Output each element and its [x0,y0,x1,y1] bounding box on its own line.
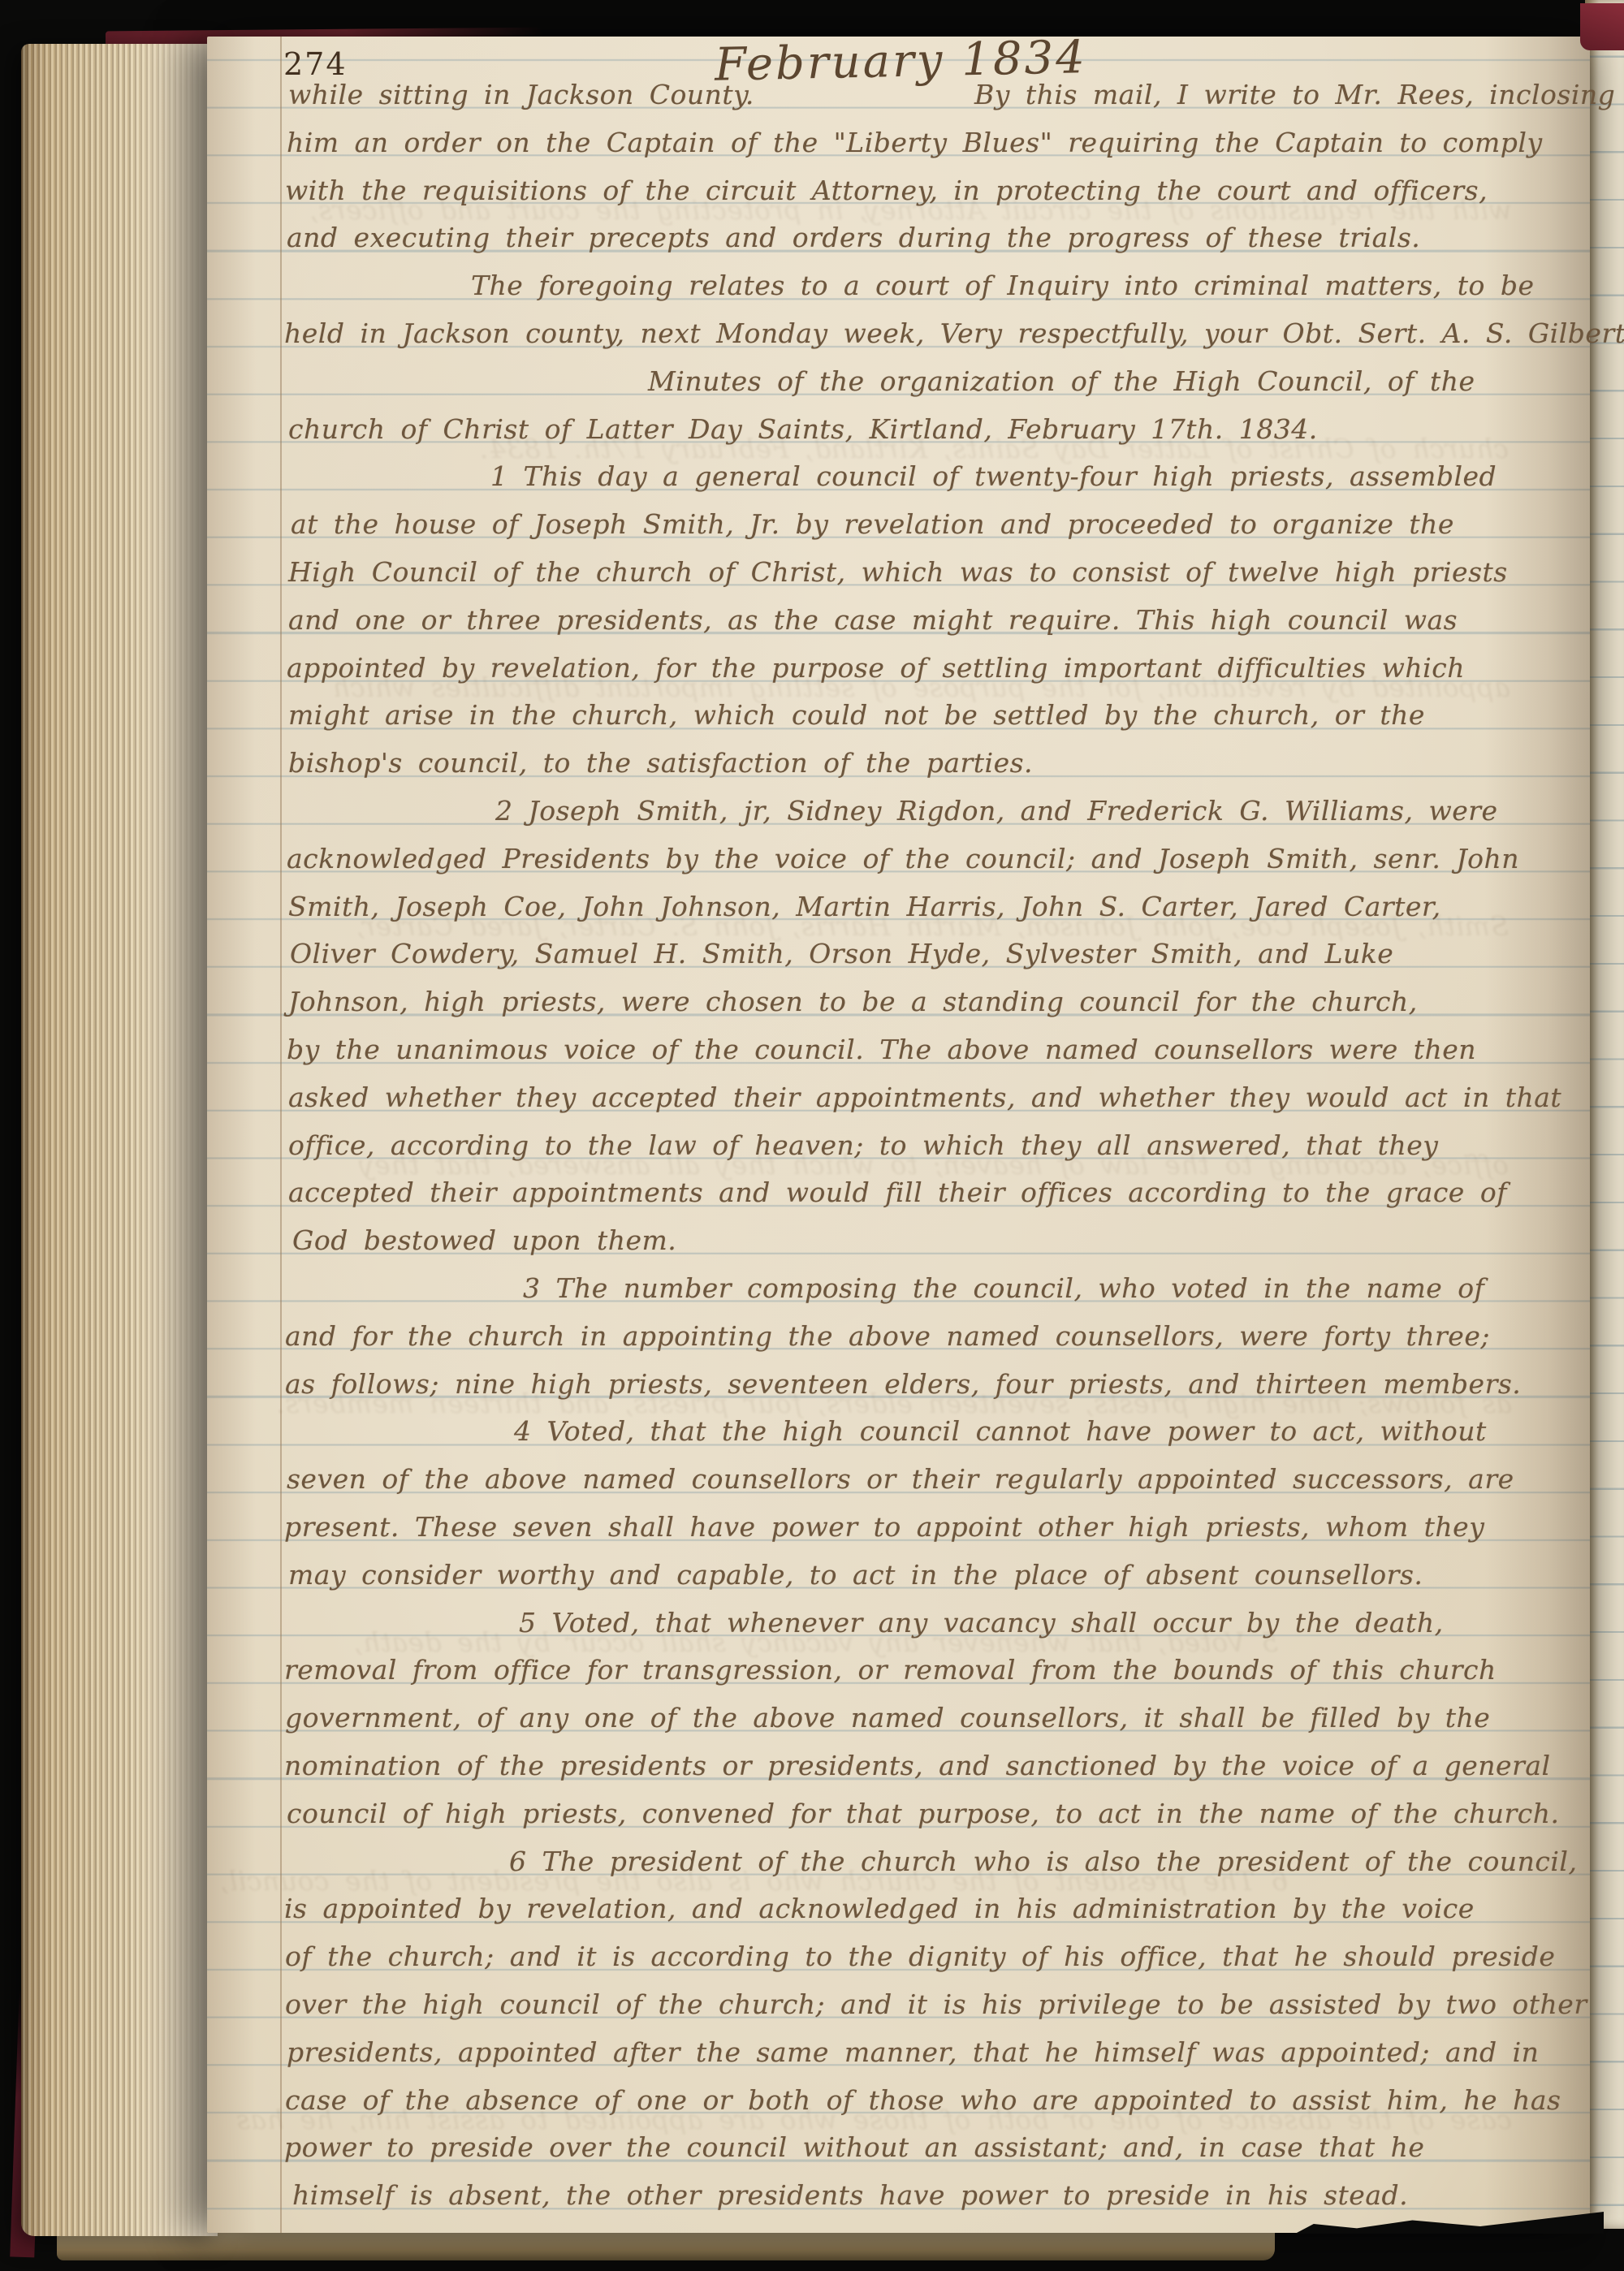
handwritten-line: power to preside over the council withou… [207,2131,1590,2169]
handwritten-text: government, of any one of the above name… [285,1702,1490,1733]
handwritten-text: High Council of the church of Christ, wh… [288,556,1508,588]
handwritten-line: God bestowed upon them. [207,1224,1590,1262]
handwritten-text: Minutes of the organization of the High … [648,365,1475,397]
handwritten-line: 3 The number composing the council, who … [207,1272,1590,1310]
handwritten-line: may consider worthy and capable, to act … [207,1559,1590,1596]
handwritten-text: 4 Voted, that the high council cannot ha… [514,1415,1487,1447]
handwritten-text: Johnson, high priests, were chosen to be… [288,986,1418,1017]
handwritten-line: 1 This day a general council of twenty-f… [207,460,1590,498]
handwritten-line: him an order on the Captain of the "Libe… [207,127,1590,164]
handwritten-line: is appointed by revelation, and acknowle… [207,1893,1590,1930]
handwritten-text: asked whether they accepted their appoin… [288,1082,1561,1113]
handwritten-text: 3 The number composing the council, who … [523,1272,1484,1304]
handwritten-text: himself is absent, the other presidents … [292,2179,1408,2211]
page-edges-stack [21,44,218,2236]
book-photo: 274 February 1834 while sitting in Jacks… [0,0,1624,2271]
bleed-through-text: with the requisitions of the circuit Att… [309,194,1512,226]
handwritten-text: of the church; and it is according to th… [285,1941,1555,1972]
handwritten-line: Minutes of the organization of the High … [207,365,1590,403]
handwriting-block: while sitting in Jackson County.By this … [207,37,1590,2233]
handwritten-text: bishop's council, to the satisfaction of… [288,747,1033,779]
handwritten-text: The foregoing relates to a court of Inqu… [471,270,1534,301]
handwritten-line: bishop's council, to the satisfaction of… [207,747,1590,784]
handwritten-line: 4 Voted, that the high council cannot ha… [207,1415,1590,1453]
handwritten-text: while sitting in Jackson County. [288,79,754,110]
manuscript-page: 274 February 1834 while sitting in Jacks… [207,37,1590,2233]
handwritten-line: present. These seven shall have power to… [207,1511,1590,1548]
handwritten-line: Johnson, high priests, were chosen to be… [207,986,1590,1023]
handwritten-text: may consider worthy and capable, to act … [288,1559,1423,1591]
handwritten-text: and for the church in appointing the abo… [285,1320,1490,1352]
handwritten-line: seven of the above named counsellors or … [207,1463,1590,1500]
handwritten-line: and one or three presidents, as the case… [207,604,1590,641]
handwritten-text: over the high council of the church; and… [285,1988,1587,2020]
handwritten-text: Oliver Cowdery, Samuel H. Smith, Orson H… [290,938,1393,969]
handwritten-line: asked whether they accepted their appoin… [207,1082,1590,1119]
bleed-through-text: church of Christ of Latter Day Saints, K… [479,433,1509,464]
handwritten-line: at the house of Joseph Smith, Jr. by rev… [207,508,1590,546]
bleed-through-text: 6 The president of the church who is als… [220,1865,1288,1897]
handwritten-text: 1 This day a general council of twenty-f… [490,460,1497,492]
handwritten-line: over the high council of the church; and… [207,1988,1590,2026]
handwritten-text: By this mail, I write to Mr. Rees, inclo… [974,79,1615,110]
handwritten-text: by the unanimous voice of the council. T… [287,1034,1476,1065]
handwritten-line: nomination of the presidents or presiden… [207,1750,1590,1787]
bleed-through-text: 5 Voted, that whenever any vacancy shall… [353,1626,1278,1658]
handwritten-text: removal from office for transgression, o… [284,1654,1497,1686]
handwritten-line: council of high priests, convened for th… [207,1798,1590,1835]
handwritten-line: held in Jackson county, next Monday week… [207,317,1590,355]
handwritten-text: God bestowed upon them. [292,1224,676,1256]
handwritten-line: himself is absent, the other presidents … [207,2179,1590,2217]
handwritten-text: presidents, appointed after the same man… [287,2036,1539,2068]
handwritten-line: might arise in the church, which could n… [207,699,1590,736]
handwritten-line: and executing their precepts and orders … [207,222,1590,259]
handwritten-text: 2 Joseph Smith, jr, Sidney Rigdon, and F… [495,795,1498,827]
handwritten-line: presidents, appointed after the same man… [207,2036,1590,2074]
handwritten-line: of the church; and it is according to th… [207,1941,1590,1978]
handwritten-text: might arise in the church, which could n… [288,699,1425,731]
handwritten-line: The foregoing relates to a court of Inqu… [207,270,1590,307]
handwritten-text: council of high priests, convened for th… [287,1798,1560,1829]
handwritten-line: by the unanimous voice of the council. T… [207,1034,1590,1071]
handwritten-line: removal from office for transgression, o… [207,1654,1590,1691]
bleed-through-text: case of the absence of one or both of th… [236,2104,1512,2135]
handwritten-text: present. These seven shall have power to… [284,1511,1484,1543]
handwritten-text: is appointed by revelation, and acknowle… [284,1893,1475,1924]
handwritten-line: acknowledged Presidents by the voice of … [207,843,1590,880]
handwritten-line: and for the church in appointing the abo… [207,1320,1590,1358]
handwritten-text: nomination of the presidents or presiden… [284,1750,1551,1781]
bleed-through-text: as follows; nine high priests, seventeen… [276,1388,1512,1419]
handwritten-text: and one or three presidents, as the case… [288,604,1458,636]
book-cover-corner [1580,3,1624,50]
handwritten-text: at the house of Joseph Smith, Jr. by rev… [291,508,1454,540]
bleed-through-text: Smith, Joseph Coe, John Johnson, Martin … [356,910,1509,942]
bleed-through-text: appointed by revelation, for the purpose… [332,671,1510,703]
bleed-through-text: office, according to the law of heaven; … [359,1149,1509,1181]
handwritten-text: acknowledged Presidents by the voice of … [287,843,1519,874]
handwritten-line: accepted their appointments and would fi… [207,1177,1590,1214]
handwritten-text: held in Jackson county, next Monday week… [284,317,1624,349]
handwritten-text: accepted their appointments and would fi… [288,1177,1507,1208]
handwritten-line: 2 Joseph Smith, jr, Sidney Rigdon, and F… [207,795,1590,832]
handwritten-line: High Council of the church of Christ, wh… [207,556,1590,594]
handwritten-line: Oliver Cowdery, Samuel H. Smith, Orson H… [207,938,1590,975]
handwritten-text: him an order on the Captain of the "Libe… [287,127,1543,158]
handwritten-text: and executing their precepts and orders … [287,222,1420,253]
handwritten-text: seven of the above named counsellors or … [287,1463,1514,1495]
handwritten-line: government, of any one of the above name… [207,1702,1590,1739]
handwritten-text: power to preside over the council withou… [284,2131,1424,2163]
handwritten-line: while sitting in Jackson County.By this … [207,79,1590,116]
